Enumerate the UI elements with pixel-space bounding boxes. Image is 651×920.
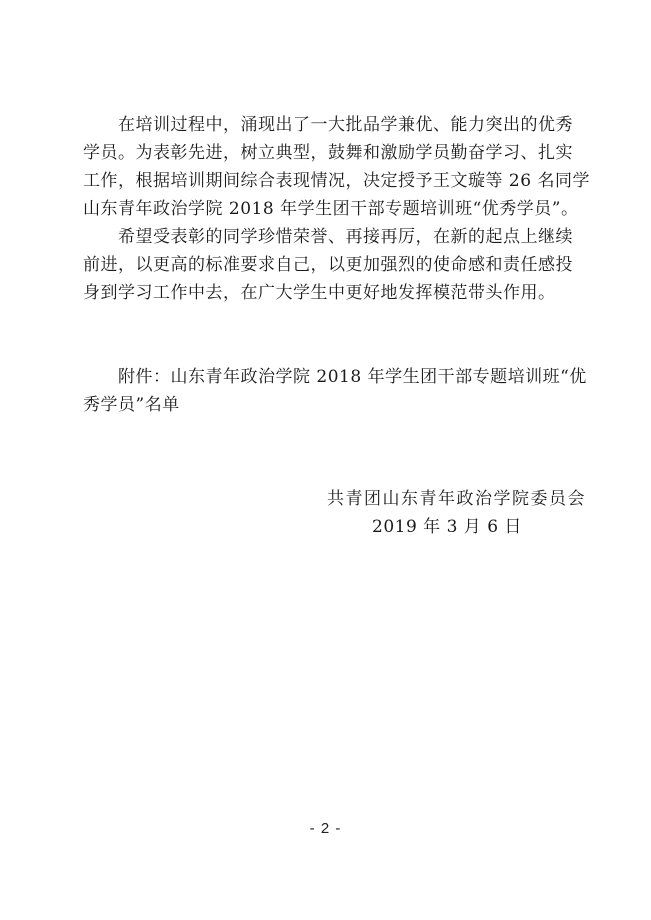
text-line: 山东青年政治学院 2018 年学生团干部专题培训班“优秀学员”。 — [83, 198, 571, 220]
text-line: 秀学员”名单 — [83, 394, 571, 416]
text-line: 希望受表彰的同学珍惜荣誉、再接再厉，在新的起点上继续 — [118, 226, 571, 248]
text-line: 身到学习工作中去，在广大学生中更好地发挥模范带头作用。 — [83, 282, 571, 304]
signature-organization: 共青团山东青年政治学院委员会 — [327, 488, 586, 510]
text-line: 在培训过程中，涌现出了一大批品学兼优、能力突出的优秀 — [118, 114, 571, 136]
text-line: 附件：山东青年政治学院 2018 年学生团干部专题培训班“优 — [118, 366, 571, 388]
page-number: - 2 - — [0, 820, 651, 837]
signature-date: 2019 年 3 月 6 日 — [372, 516, 522, 538]
text-line: 工作，根据培训期间综合表现情况，决定授予王文璇等 26 名同学 — [83, 170, 571, 192]
text-line: 前进，以更高的标准要求自己，以更加强烈的使命感和责任感投 — [83, 254, 571, 276]
document-page: 在培训过程中，涌现出了一大批品学兼优、能力突出的优秀 学员。为表彰先进，树立典型… — [0, 0, 651, 920]
text-line: 学员。为表彰先进，树立典型，鼓舞和激励学员勤奋学习、扎实 — [83, 142, 571, 164]
